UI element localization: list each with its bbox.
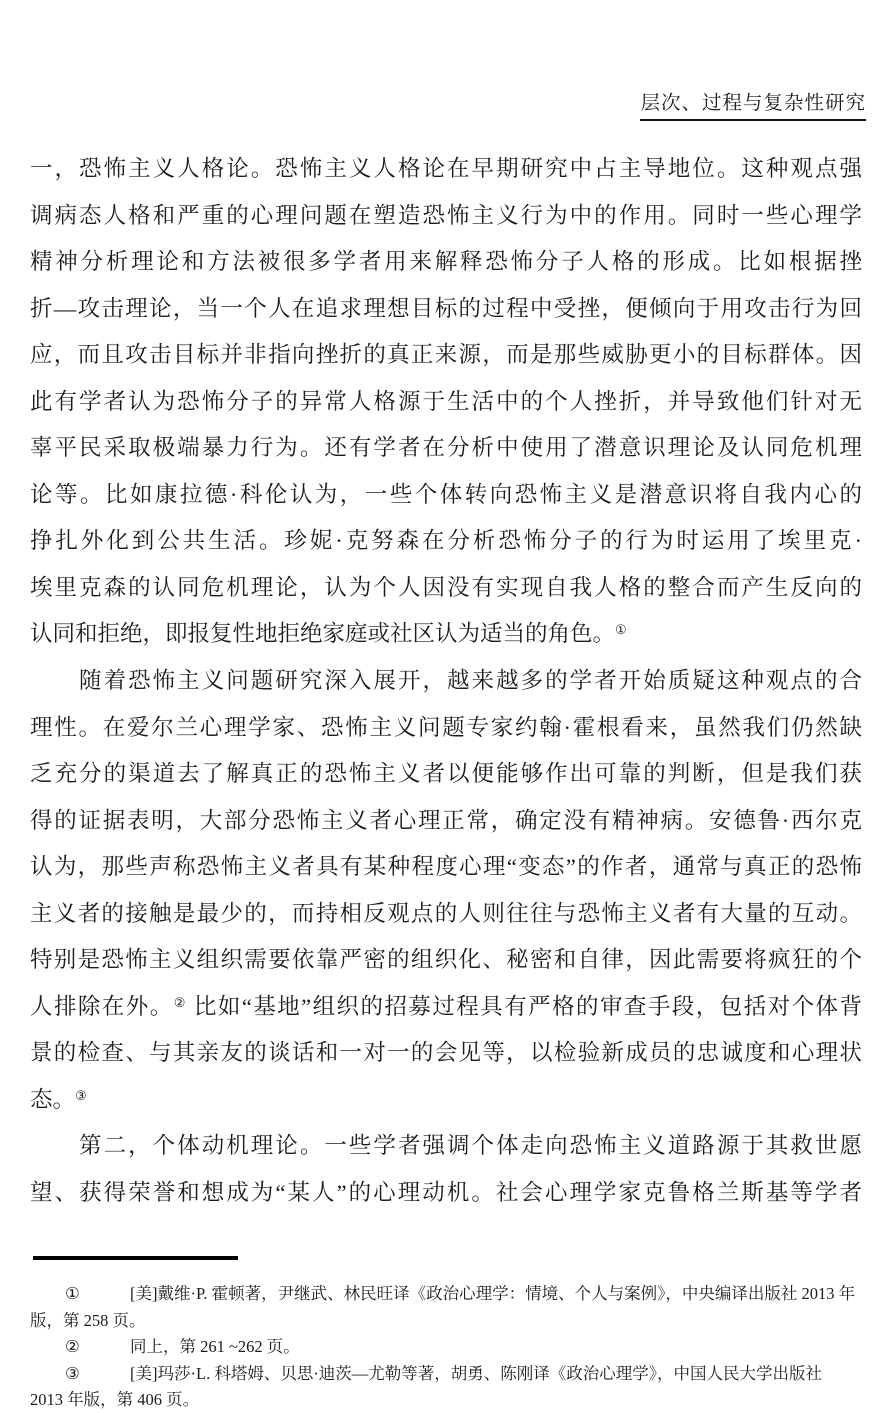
- text-line: 望、获得荣誉和想成为“某人”的心理动机。社会心理学家克鲁格兰斯基等学者: [30, 1170, 862, 1217]
- body-text: 一，恐怖主义人格论。恐怖主义人格论在早期研究中占主导地位。这种观点强调病态人格和…: [30, 146, 862, 1217]
- footnote-marker: ①: [65, 1281, 130, 1308]
- text-line: 一，恐怖主义人格论。恐怖主义人格论在早期研究中占主导地位。这种观点强: [30, 146, 862, 193]
- paragraph: 第二，个体动机理论。一些学者强调个体走向恐怖主义道路源于其救世愿望、获得荣誉和想…: [30, 1123, 862, 1216]
- text-line: 折—攻击理论，当一个人在追求理想目标的过程中受挫，便倾向于用攻击行为回: [30, 286, 862, 333]
- text-line: 态。③: [30, 1077, 862, 1124]
- text-line: 调病态人格和严重的心理问题在塑造恐怖主义行为中的作用。同时一些心理学: [30, 193, 862, 240]
- footnote-line: ①[美]戴维·P. 霍顿著，尹继武、林民旺译《政治心理学：情境、个人与案例》，中…: [30, 1281, 862, 1308]
- footnote-item: ③[美]玛莎·L. 科塔姆、贝思·迪茨—尤勒等著，胡勇、陈刚译《政治心理学》，中…: [30, 1361, 862, 1413]
- text-line: 主义者的接触是最少的，而持相反观点的人则往往与恐怖主义者有大量的互动。: [30, 891, 862, 938]
- running-head: 层次、过程与复杂性研究: [640, 93, 866, 121]
- footnote-line: 2013 年版，第 406 页。: [30, 1387, 862, 1413]
- text-line: 理性。在爱尔兰心理学家、恐怖主义问题专家约翰·霍根看来，虽然我们仍然缺: [30, 705, 862, 752]
- text-line: 辜平民采取极端暴力行为。还有学者在分析中使用了潜意识理论及认同危机理: [30, 425, 862, 472]
- footnote-item: ①[美]戴维·P. 霍顿著，尹继武、林民旺译《政治心理学：情境、个人与案例》，中…: [30, 1281, 862, 1334]
- text-line: 第二，个体动机理论。一些学者强调个体走向恐怖主义道路源于其救世愿: [30, 1123, 862, 1170]
- footnote-ref: ②: [174, 995, 187, 1010]
- book-page: 层次、过程与复杂性研究 一，恐怖主义人格论。恐怖主义人格论在早期研究中占主导地位…: [0, 0, 887, 1413]
- text-line: 景的检查、与其亲友的谈话和一对一的会见等，以检验新成员的忠诚度和心理状: [30, 1030, 862, 1077]
- text-line: 埃里克森的认同危机理论，认为个人因没有实现自我人格的整合而产生反向的: [30, 565, 862, 612]
- footnote-line: 版，第 258 页。: [30, 1308, 862, 1335]
- footnote-text: [美]戴维·P. 霍顿著，尹继武、林民旺译《政治心理学：情境、个人与案例》，中央…: [130, 1284, 855, 1303]
- footnote-ref: ③: [75, 1088, 87, 1103]
- paragraph: 随着恐怖主义问题研究深入展开，越来越多的学者开始质疑这种观点的合理性。在爱尔兰心…: [30, 658, 862, 1123]
- text-line: 此有学者认为恐怖分子的异常人格源于生活中的个人挫折，并导致他们针对无: [30, 379, 862, 426]
- footnote-separator: [33, 1256, 238, 1260]
- footnote-item: ②同上，第 261 ~262 页。: [30, 1334, 862, 1361]
- footnote-text: [美]玛莎·L. 科塔姆、贝思·迪茨—尤勒等著，胡勇、陈刚译《政治心理学》，中国…: [130, 1364, 822, 1383]
- footnote-text: 同上，第 261 ~262 页。: [130, 1337, 300, 1356]
- text-line: 精神分析理论和方法被很多学者用来解释恐怖分子人格的形成。比如根据挫: [30, 239, 862, 286]
- text-line: 特别是恐怖主义组织需要依靠严密的组织化、秘密和自律，因此需要将疯狂的个: [30, 937, 862, 984]
- text-line: 人排除在外。② 比如“基地”组织的招募过程具有严格的审查手段，包括对个体背: [30, 984, 862, 1031]
- text-line: 认同和拒绝，即报复性地拒绝家庭或社区认为适当的角色。①: [30, 611, 862, 658]
- footnote-line: ②同上，第 261 ~262 页。: [30, 1334, 862, 1361]
- text-line: 应，而且攻击目标并非指向挫折的真正来源，而是那些威胁更小的目标群体。因: [30, 332, 862, 379]
- text-line: 认为，那些声称恐怖主义者具有某种程度心理“变态”的作者，通常与真正的恐怖: [30, 844, 862, 891]
- text-line: 得的证据表明，大部分恐怖主义者心理正常，确定没有精神病。安德鲁·西尔克: [30, 798, 862, 845]
- text-line: 挣扎外化到公共生活。珍妮·克努森在分析恐怖分子的行为时运用了埃里克·: [30, 518, 862, 565]
- footnote-ref: ①: [615, 622, 627, 637]
- footnote-marker: ②: [65, 1334, 130, 1361]
- footnotes: ①[美]戴维·P. 霍顿著，尹继武、林民旺译《政治心理学：情境、个人与案例》，中…: [30, 1281, 862, 1413]
- text-line: 随着恐怖主义问题研究深入展开，越来越多的学者开始质疑这种观点的合: [30, 658, 862, 705]
- text-line: 乏充分的渠道去了解真正的恐怖主义者以便能够作出可靠的判断，但是我们获: [30, 751, 862, 798]
- text-line: 论等。比如康拉德·科伦认为，一些个体转向恐怖主义是潜意识将自我内心的: [30, 472, 862, 519]
- paragraph: 一，恐怖主义人格论。恐怖主义人格论在早期研究中占主导地位。这种观点强调病态人格和…: [30, 146, 862, 658]
- footnote-line: ③[美]玛莎·L. 科塔姆、贝思·迪茨—尤勒等著，胡勇、陈刚译《政治心理学》，中…: [30, 1361, 862, 1388]
- footnote-marker: ③: [65, 1361, 130, 1388]
